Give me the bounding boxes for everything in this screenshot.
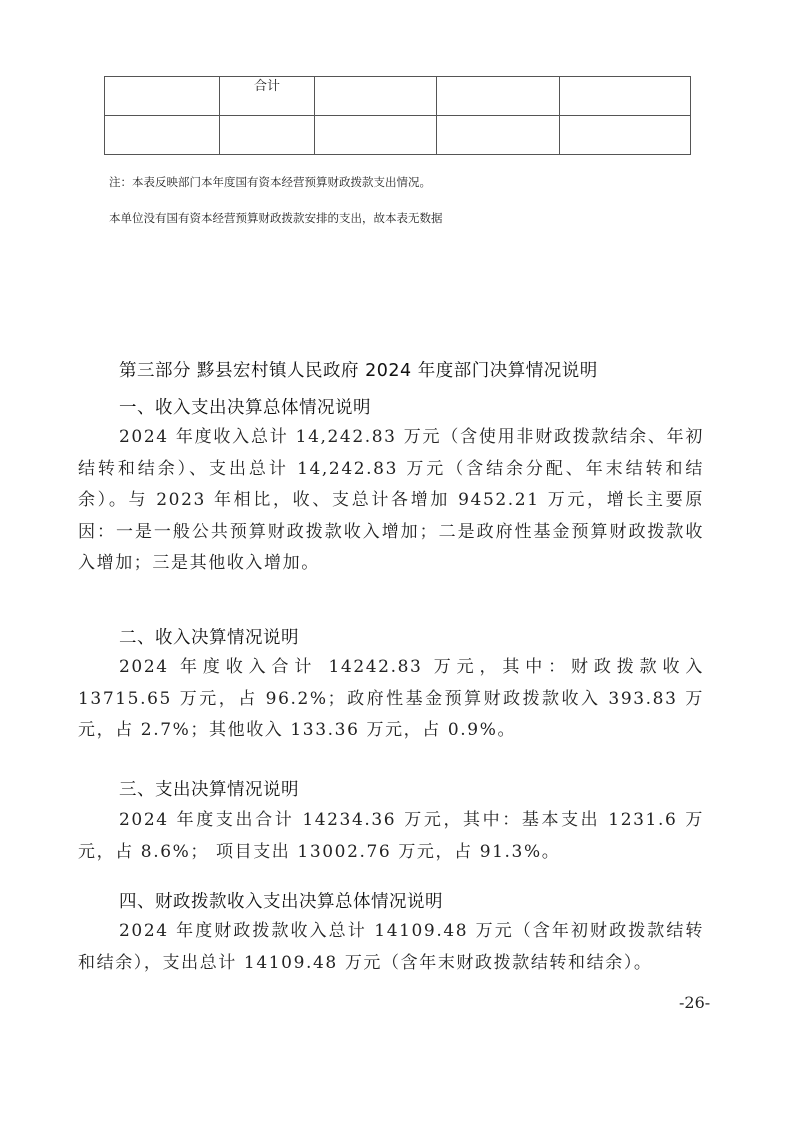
document-page: 合计 注：本表反映部门本年度国有资本经营预算财政拨款支出情况。 本单位没有国有资…	[0, 0, 793, 1122]
page-number: -26-	[679, 993, 710, 1012]
table-cell	[437, 116, 560, 155]
section-body-3: 2024 年度支出合计 14234.36 万元，其中：基本支出 1231.6 万…	[78, 805, 704, 868]
section-body-1: 2024 年度收入总计 14,242.83 万元（含使用非财政拨款结余、年初结转…	[78, 422, 704, 580]
section-body-4: 2024 年度财政拨款收入总计 14109.48 万元（含年初财政拨款结转和结余…	[78, 916, 704, 979]
table-cell	[105, 116, 220, 155]
table-cell	[315, 116, 437, 155]
table-row: 合计	[105, 77, 691, 116]
no-data-note: 本单位没有国有资本经营预算财政拨款安排的支出，故本表无数据	[109, 210, 443, 226]
state-capital-expenditure-table: 合计	[104, 76, 691, 155]
table-cell	[220, 116, 315, 155]
section-body-2: 2024 年度收入合计 14242.83 万元，其中：财政拨款收入 13715.…	[78, 652, 704, 747]
section-heading-3: 三、支出决算情况说明	[119, 776, 299, 801]
table-cell	[560, 77, 691, 116]
table-row	[105, 116, 691, 155]
table-note: 注：本表反映部门本年度国有资本经营预算财政拨款支出情况。	[109, 174, 431, 190]
part-title: 第三部分 黟县宏村镇人民政府 2024 年度部门决算情况说明	[119, 357, 598, 382]
section-heading-2: 二、收入决算情况说明	[119, 624, 299, 649]
table-cell	[315, 77, 437, 116]
section-heading-4: 四、财政拨款收入支出决算总体情况说明	[119, 888, 443, 913]
table-cell	[560, 116, 691, 155]
table-cell	[437, 77, 560, 116]
section-heading-1: 一、收入支出决算总体情况说明	[119, 394, 371, 419]
table-cell	[105, 77, 220, 116]
table-cell-total-label: 合计	[220, 77, 315, 116]
